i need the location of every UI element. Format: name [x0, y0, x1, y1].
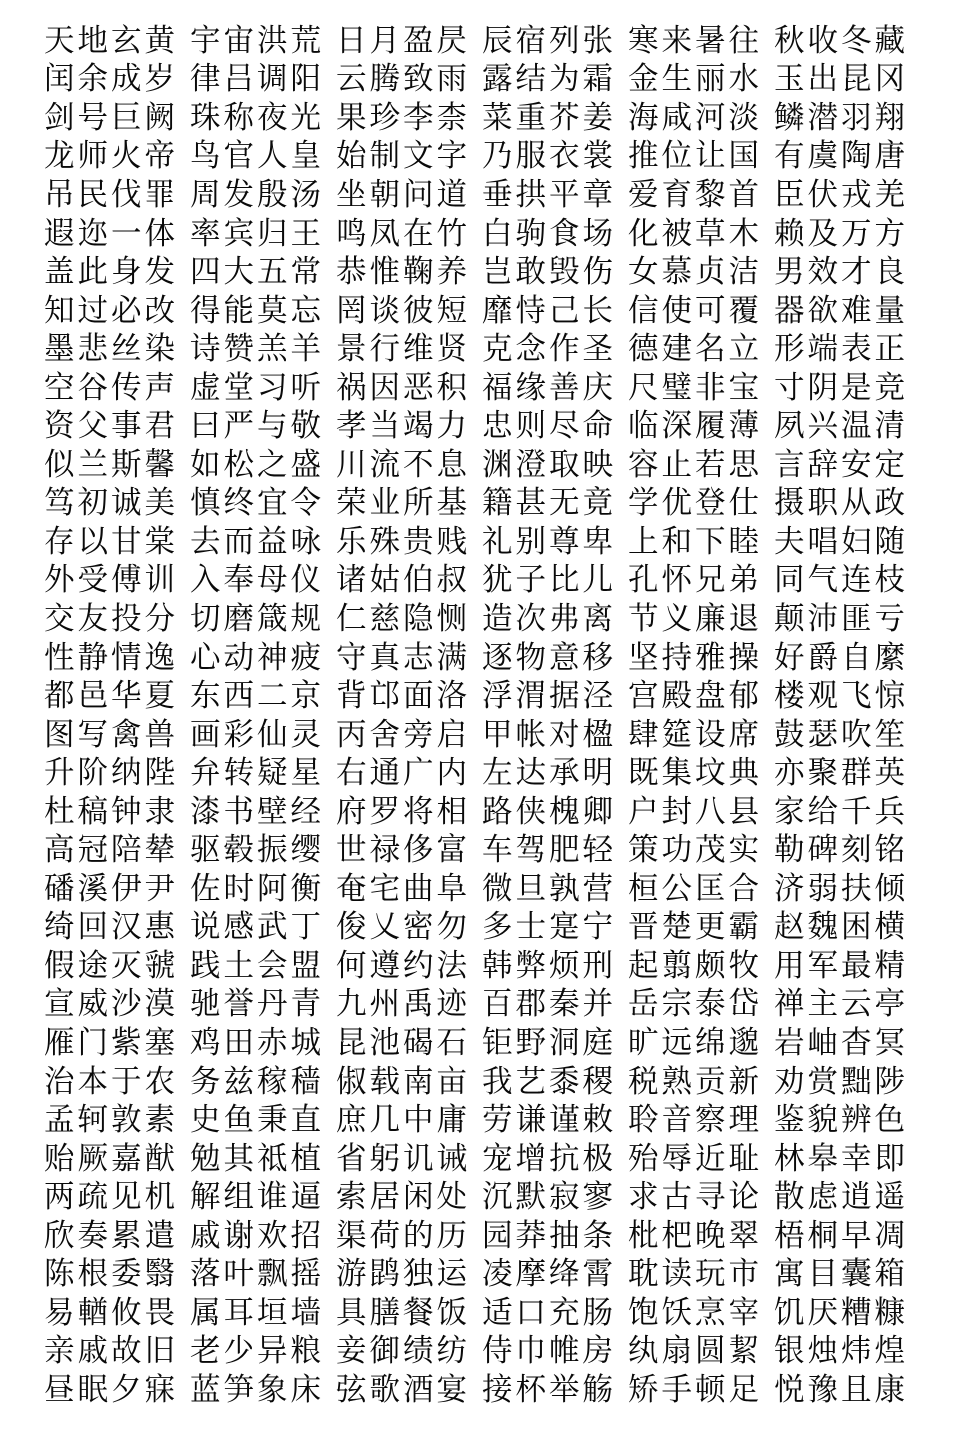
char-group: 始制文字	[336, 141, 470, 172]
char-group: 礼别尊卑	[482, 527, 616, 558]
char-group: 背邙面洛	[336, 681, 470, 712]
char-group: 说感武丁	[190, 912, 324, 943]
character-grid: 天地玄黄宇宙洪荒日月盈昃辰宿列张寒来暑往秋收冬藏闰余成岁律吕调阳云腾致雨露结为霜…	[44, 22, 961, 1410]
char-group: 云腾致雨	[336, 64, 470, 95]
char-group: 具膳餐饭	[336, 1298, 470, 1329]
char-group: 禅主云亭	[774, 989, 908, 1020]
char-group: 饱饫烹宰	[628, 1298, 762, 1329]
char-group: 劝赏黜陟	[774, 1067, 908, 1098]
char-group: 楼观飞惊	[774, 681, 908, 712]
char-group: 交友投分	[44, 604, 178, 635]
text-row: 贻厥嘉猷勉其祗植省躬讥诫宠增抗极殆辱近耻林皋幸即	[44, 1140, 961, 1179]
char-group: 矫手顿足	[628, 1375, 762, 1406]
char-group: 纨扇圆絜	[628, 1336, 762, 1367]
char-group: 驱毂振缨	[190, 835, 324, 866]
text-row: 外受傅训入奉母仪诸姑伯叔犹子比儿孔怀兄弟同气连枝	[44, 562, 961, 601]
char-group: 遐迩一体	[44, 219, 178, 250]
char-group: 亲戚故旧	[44, 1336, 178, 1367]
char-group: 学优登仕	[628, 488, 762, 519]
char-group: 孝当竭力	[336, 411, 470, 442]
char-group: 夫唱妇随	[774, 527, 908, 558]
text-row: 闰余成岁律吕调阳云腾致雨露结为霜金生丽水玉出昆冈	[44, 61, 961, 100]
char-group: 欣奏累遣	[44, 1221, 178, 1252]
char-group: 四大五常	[190, 257, 324, 288]
char-group: 银烛炜煌	[774, 1336, 908, 1367]
char-group: 盖此身发	[44, 257, 178, 288]
char-group: 勉其祗植	[190, 1144, 324, 1175]
text-row: 天地玄黄宇宙洪荒日月盈昃辰宿列张寒来暑往秋收冬藏	[44, 22, 961, 61]
char-group: 寒来暑往	[628, 26, 762, 57]
char-group: 务兹稼穑	[190, 1067, 324, 1098]
text-row: 存以甘棠去而益咏乐殊贵贱礼别尊卑上和下睦夫唱妇随	[44, 523, 961, 562]
char-group: 贻厥嘉猷	[44, 1144, 178, 1175]
char-group: 玉出昆冈	[774, 64, 908, 95]
char-group: 剑号巨阙	[44, 103, 178, 134]
char-group: 易輶攸畏	[44, 1298, 178, 1329]
char-group: 聆音察理	[628, 1105, 762, 1136]
text-row: 性静情逸心动神疲守真志满逐物意移坚持雅操好爵自縻	[44, 639, 961, 678]
char-group: 陈根委翳	[44, 1259, 178, 1290]
text-row: 遐迩一体率宾归王鸣凤在竹白驹食场化被草木赖及万方	[44, 215, 961, 254]
char-group: 渊澄取映	[482, 450, 616, 481]
char-group: 省躬讥诫	[336, 1144, 470, 1175]
char-group: 上和下睦	[628, 527, 762, 558]
char-group: 坐朝问道	[336, 180, 470, 211]
char-group: 逐物意移	[482, 643, 616, 674]
char-group: 策功茂实	[628, 835, 762, 866]
char-group: 孟轲敦素	[44, 1105, 178, 1136]
char-group: 图写禽兽	[44, 720, 178, 751]
text-row: 雁门紫塞鸡田赤城昆池碣石钜野洞庭旷远绵邈岩岫杳冥	[44, 1024, 961, 1063]
char-group: 爱育黎首	[628, 180, 762, 211]
char-group: 丙舍旁启	[336, 720, 470, 751]
char-group: 沉默寂寥	[482, 1182, 616, 1213]
char-group: 海咸河淡	[628, 103, 762, 134]
char-group: 曰严与敬	[190, 411, 324, 442]
char-group: 女慕贞洁	[628, 257, 762, 288]
char-group: 梧桐早凋	[774, 1221, 908, 1252]
char-group: 游鹍独运	[336, 1259, 470, 1290]
char-group: 多士寔宁	[482, 912, 616, 943]
char-group: 吊民伐罪	[44, 180, 178, 211]
char-group: 耽读玩市	[628, 1259, 762, 1290]
char-group: 外受傅训	[44, 565, 178, 596]
char-group: 慎终宜令	[190, 488, 324, 519]
text-row: 磻溪伊尹佐时阿衡奄宅曲阜微旦孰营桓公匡合济弱扶倾	[44, 870, 961, 909]
char-group: 凌摩绛霄	[482, 1259, 616, 1290]
char-group: 亦聚群英	[774, 758, 908, 789]
text-row: 易輶攸畏属耳垣墙具膳餐饭适口充肠饱饫烹宰饥厌糟糠	[44, 1294, 961, 1333]
char-group: 存以甘棠	[44, 527, 178, 558]
char-group: 岳宗泰岱	[628, 989, 762, 1020]
char-group: 有虞陶唐	[774, 141, 908, 172]
text-row: 空谷传声虚堂习听祸因恶积福缘善庆尺璧非宝寸阴是竞	[44, 369, 961, 408]
char-group: 克念作圣	[482, 334, 616, 365]
char-group: 臣伏戎羌	[774, 180, 908, 211]
char-group: 税熟贡新	[628, 1067, 762, 1098]
char-group: 得能莫忘	[190, 296, 324, 327]
text-row: 笃初诚美慎终宜令荣业所基籍甚无竟学优登仕摄职从政	[44, 485, 961, 524]
char-group: 化被草木	[628, 219, 762, 250]
char-group: 荣业所基	[336, 488, 470, 519]
char-group: 户封八县	[628, 797, 762, 828]
char-group: 属耳垣墙	[190, 1298, 324, 1329]
char-group: 岂敢毁伤	[482, 257, 616, 288]
char-group: 右通广内	[336, 758, 470, 789]
char-group: 绮回汉惠	[44, 912, 178, 943]
char-group: 天地玄黄	[44, 26, 178, 57]
text-row: 盖此身发四大五常恭惟鞠养岂敢毁伤女慕贞洁男效才良	[44, 253, 961, 292]
char-group: 府罗将相	[336, 797, 470, 828]
char-group: 颠沛匪亏	[774, 604, 908, 635]
char-group: 龙师火帝	[44, 141, 178, 172]
char-group: 言辞安定	[774, 450, 908, 481]
char-group: 率宾归王	[190, 219, 324, 250]
char-group: 钜野洞庭	[482, 1028, 616, 1059]
char-group: 垂拱平章	[482, 180, 616, 211]
char-group: 起翦颇牧	[628, 951, 762, 982]
char-group: 金生丽水	[628, 64, 762, 95]
char-group: 罔谈彼短	[336, 296, 470, 327]
char-group: 信使可覆	[628, 296, 762, 327]
char-group: 园莽抽条	[482, 1221, 616, 1252]
text-row: 高冠陪辇驱毂振缨世禄侈富车驾肥轻策功茂实勒碑刻铭	[44, 831, 961, 870]
char-group: 微旦孰营	[482, 874, 616, 905]
text-row: 孟轲敦素史鱼秉直庶几中庸劳谦谨敕聆音察理鉴貌辨色	[44, 1101, 961, 1140]
char-group: 桓公匡合	[628, 874, 762, 905]
char-group: 守真志满	[336, 643, 470, 674]
text-row: 龙师火帝鸟官人皇始制文字乃服衣裳推位让国有虞陶唐	[44, 138, 961, 177]
char-group: 都邑华夏	[44, 681, 178, 712]
char-group: 造次弗离	[482, 604, 616, 635]
char-group: 寓目囊箱	[774, 1259, 908, 1290]
char-group: 闰余成岁	[44, 64, 178, 95]
char-group: 祸因恶积	[336, 373, 470, 404]
char-group: 夙兴温清	[774, 411, 908, 442]
char-group: 庶几中庸	[336, 1105, 470, 1136]
char-group: 容止若思	[628, 450, 762, 481]
char-group: 心动神疲	[190, 643, 324, 674]
char-group: 菜重芥姜	[482, 103, 616, 134]
char-group: 奄宅曲阜	[336, 874, 470, 905]
char-group: 殆辱近耻	[628, 1144, 762, 1175]
char-group: 韩弊烦刑	[482, 951, 616, 982]
text-row: 似兰斯馨如松之盛川流不息渊澄取映容止若思言辞安定	[44, 446, 961, 485]
char-group: 佐时阿衡	[190, 874, 324, 905]
char-group: 弦歌酒宴	[336, 1375, 470, 1406]
char-group: 乐殊贵贱	[336, 527, 470, 558]
text-row: 图写禽兽画彩仙灵丙舍旁启甲帐对楹肆筵设席鼓瑟吹笙	[44, 716, 961, 755]
char-group: 乃服衣裳	[482, 141, 616, 172]
char-group: 史鱼秉直	[190, 1105, 324, 1136]
char-group: 赵魏困横	[774, 912, 908, 943]
char-group: 济弱扶倾	[774, 874, 908, 905]
text-row: 欣奏累遣戚谢欢招渠荷的历园莽抽条枇杷晚翠梧桐早凋	[44, 1217, 961, 1256]
char-group: 节义廉退	[628, 604, 762, 635]
text-row: 都邑华夏东西二京背邙面洛浮渭据泾宫殿盘郁楼观飞惊	[44, 677, 961, 716]
char-group: 虚堂习听	[190, 373, 324, 404]
char-group: 同气连枝	[774, 565, 908, 596]
char-group: 切磨箴规	[190, 604, 324, 635]
char-group: 勒碑刻铭	[774, 835, 908, 866]
char-group: 鉴貌辨色	[774, 1105, 908, 1136]
char-group: 弁转疑星	[190, 758, 324, 789]
char-group: 旷远绵邈	[628, 1028, 762, 1059]
char-group: 俊乂密勿	[336, 912, 470, 943]
text-row: 亲戚故旧老少异粮妾御绩纺侍巾帷房纨扇圆絜银烛炜煌	[44, 1333, 961, 1372]
char-group: 蓝笋象床	[190, 1375, 324, 1406]
char-group: 杜稿钟隶	[44, 797, 178, 828]
char-group: 籍甚无竟	[482, 488, 616, 519]
char-group: 侍巾帷房	[482, 1336, 616, 1367]
char-group: 假途灭虢	[44, 951, 178, 982]
char-group: 知过必改	[44, 296, 178, 327]
char-group: 路侠槐卿	[482, 797, 616, 828]
char-group: 德建名立	[628, 334, 762, 365]
char-group: 推位让国	[628, 141, 762, 172]
char-group: 白驹食场	[482, 219, 616, 250]
char-group: 律吕调阳	[190, 64, 324, 95]
char-group: 临深履薄	[628, 411, 762, 442]
char-group: 解组谁逼	[190, 1182, 324, 1213]
char-group: 磻溪伊尹	[44, 874, 178, 905]
char-group: 景行维贤	[336, 334, 470, 365]
char-group: 忠则尽命	[482, 411, 616, 442]
char-group: 妾御绩纺	[336, 1336, 470, 1367]
char-group: 接杯举觞	[482, 1375, 616, 1406]
char-group: 空谷传声	[44, 373, 178, 404]
char-group: 昆池碣石	[336, 1028, 470, 1059]
char-group: 尺璧非宝	[628, 373, 762, 404]
text-row: 资父事君曰严与敬孝当竭力忠则尽命临深履薄夙兴温清	[44, 407, 961, 446]
text-row: 交友投分切磨箴规仁慈隐恻造次弗离节义廉退颠沛匪亏	[44, 600, 961, 639]
char-group: 治本于农	[44, 1067, 178, 1098]
char-group: 升阶纳陛	[44, 758, 178, 789]
char-group: 诗赞羔羊	[190, 334, 324, 365]
document-page: 天地玄黄宇宙洪荒日月盈昃辰宿列张寒来暑往秋收冬藏闰余成岁律吕调阳云腾致雨露结为霜…	[0, 0, 961, 1430]
char-group: 日月盈昃	[336, 26, 470, 57]
char-group: 男效才良	[774, 257, 908, 288]
char-group: 去而益咏	[190, 527, 324, 558]
char-group: 宫殿盘郁	[628, 681, 762, 712]
char-group: 靡恃己长	[482, 296, 616, 327]
char-group: 既集坟典	[628, 758, 762, 789]
text-row: 陈根委翳落叶飘摇游鹍独运凌摩绛霄耽读玩市寓目囊箱	[44, 1256, 961, 1295]
text-row: 治本于农务兹稼穑俶载南亩我艺黍稷税熟贡新劝赏黜陟	[44, 1063, 961, 1102]
char-group: 雁门紫塞	[44, 1028, 178, 1059]
char-group: 老少异粮	[190, 1336, 324, 1367]
char-group: 鳞潜羽翔	[774, 103, 908, 134]
char-group: 岩岫杳冥	[774, 1028, 908, 1059]
char-group: 漆书壁经	[190, 797, 324, 828]
char-group: 川流不息	[336, 450, 470, 481]
char-group: 百郡秦并	[482, 989, 616, 1020]
char-group: 戚谢欢招	[190, 1221, 324, 1252]
char-group: 恭惟鞠养	[336, 257, 470, 288]
char-group: 适口充肠	[482, 1298, 616, 1329]
text-row: 昼眠夕寐蓝笋象床弦歌酒宴接杯举觞矫手顿足悦豫且康	[44, 1371, 961, 1410]
char-group: 好爵自縻	[774, 643, 908, 674]
text-row: 杜稿钟隶漆书壁经府罗将相路侠槐卿户封八县家给千兵	[44, 793, 961, 832]
char-group: 九州禹迹	[336, 989, 470, 1020]
char-group: 求古寻论	[628, 1182, 762, 1213]
char-group: 形端表正	[774, 334, 908, 365]
char-group: 赖及万方	[774, 219, 908, 250]
char-group: 鸟官人皇	[190, 141, 324, 172]
char-group: 晋楚更霸	[628, 912, 762, 943]
char-group: 孔怀兄弟	[628, 565, 762, 596]
char-group: 世禄侈富	[336, 835, 470, 866]
char-group: 福缘善庆	[482, 373, 616, 404]
char-group: 浮渭据泾	[482, 681, 616, 712]
char-group: 鸡田赤城	[190, 1028, 324, 1059]
char-group: 珠称夜光	[190, 103, 324, 134]
char-group: 鸣凤在竹	[336, 219, 470, 250]
char-group: 林皋幸即	[774, 1144, 908, 1175]
char-group: 如松之盛	[190, 450, 324, 481]
char-group: 宇宙洪荒	[190, 26, 324, 57]
char-group: 甲帐对楹	[482, 720, 616, 751]
char-group: 辰宿列张	[482, 26, 616, 57]
char-group: 用军最精	[774, 951, 908, 982]
char-group: 资父事君	[44, 411, 178, 442]
char-group: 墨悲丝染	[44, 334, 178, 365]
char-group: 诸姑伯叔	[336, 565, 470, 596]
text-row: 剑号巨阙珠称夜光果珍李柰菜重芥姜海咸河淡鳞潜羽翔	[44, 99, 961, 138]
char-group: 露结为霜	[482, 64, 616, 95]
text-row: 知过必改得能莫忘罔谈彼短靡恃己长信使可覆器欲难量	[44, 292, 961, 331]
text-row: 升阶纳陛弁转疑星右通广内左达承明既集坟典亦聚群英	[44, 754, 961, 793]
char-group: 俶载南亩	[336, 1067, 470, 1098]
char-group: 肆筵设席	[628, 720, 762, 751]
char-group: 宠增抗极	[482, 1144, 616, 1175]
char-group: 饥厌糟糠	[774, 1298, 908, 1329]
char-group: 秋收冬藏	[774, 26, 908, 57]
char-group: 摄职从政	[774, 488, 908, 519]
char-group: 散虑逍遥	[774, 1182, 908, 1213]
char-group: 坚持雅操	[628, 643, 762, 674]
char-group: 画彩仙灵	[190, 720, 324, 751]
char-group: 我艺黍稷	[482, 1067, 616, 1098]
char-group: 器欲难量	[774, 296, 908, 327]
char-group: 高冠陪辇	[44, 835, 178, 866]
char-group: 劳谦谨敕	[482, 1105, 616, 1136]
char-group: 犹子比儿	[482, 565, 616, 596]
text-row: 墨悲丝染诗赞羔羊景行维贤克念作圣德建名立形端表正	[44, 330, 961, 369]
char-group: 落叶飘摇	[190, 1259, 324, 1290]
char-group: 昼眠夕寐	[44, 1375, 178, 1406]
char-group: 何遵约法	[336, 951, 470, 982]
char-group: 践土会盟	[190, 951, 324, 982]
char-group: 性静情逸	[44, 643, 178, 674]
text-row: 宣威沙漠驰誉丹青九州禹迹百郡秦并岳宗泰岱禅主云亭	[44, 986, 961, 1025]
char-group: 车驾肥轻	[482, 835, 616, 866]
text-row: 假途灭虢践土会盟何遵约法韩弊烦刑起翦颇牧用军最精	[44, 947, 961, 986]
char-group: 仁慈隐恻	[336, 604, 470, 635]
char-group: 悦豫且康	[774, 1375, 908, 1406]
char-group: 鼓瑟吹笙	[774, 720, 908, 751]
char-group: 宣威沙漠	[44, 989, 178, 1020]
char-group: 枇杷晚翠	[628, 1221, 762, 1252]
char-group: 驰誉丹青	[190, 989, 324, 1020]
text-row: 绮回汉惠说感武丁俊乂密勿多士寔宁晋楚更霸赵魏困横	[44, 909, 961, 948]
char-group: 索居闲处	[336, 1182, 470, 1213]
char-group: 果珍李柰	[336, 103, 470, 134]
char-group: 周发殷汤	[190, 180, 324, 211]
char-group: 家给千兵	[774, 797, 908, 828]
char-group: 似兰斯馨	[44, 450, 178, 481]
char-group: 渠荷的历	[336, 1221, 470, 1252]
char-group: 笃初诚美	[44, 488, 178, 519]
text-row: 吊民伐罪周发殷汤坐朝问道垂拱平章爱育黎首臣伏戎羌	[44, 176, 961, 215]
char-group: 左达承明	[482, 758, 616, 789]
text-row: 两疏见机解组谁逼索居闲处沉默寂寥求古寻论散虑逍遥	[44, 1178, 961, 1217]
char-group: 东西二京	[190, 681, 324, 712]
char-group: 寸阴是竞	[774, 373, 908, 404]
char-group: 两疏见机	[44, 1182, 178, 1213]
char-group: 入奉母仪	[190, 565, 324, 596]
